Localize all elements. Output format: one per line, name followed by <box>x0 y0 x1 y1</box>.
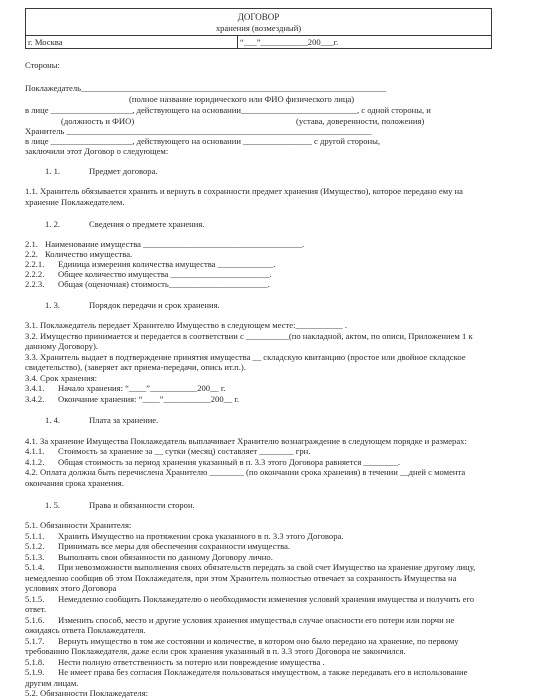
clause-text: Количество имущества. <box>45 249 132 259</box>
clause-number: 3.4.1. <box>25 384 58 393</box>
clause-text: 4.2. Оплата должна быть перечислена Хран… <box>25 468 465 477</box>
clause-text: Нести полную ответственность за потерю и… <box>58 657 325 667</box>
clause-item: 3.4.1.Начало хранения: “____”___________… <box>25 384 226 393</box>
clause-text: 3.1. Поклажедатель передает Хранителю Им… <box>25 321 347 330</box>
clause-item: 5.1.1.Хранить Имущество на протяжении ср… <box>25 532 344 541</box>
clause-number: 5.1.2. <box>25 542 58 551</box>
depositor-hint: (полное название юридического или ФИО фи… <box>129 95 354 104</box>
parties-label: Стороны: <box>25 61 60 70</box>
clause-text: немедленно сообщив об этом Поклажедателя… <box>25 574 456 583</box>
clause-item: 2.2.3.Общая (оценочная) стоимость_______… <box>25 280 270 289</box>
clause-text: Принимать все меры для обеспечения сохра… <box>58 541 290 551</box>
clause-text: окончания срока хранения. <box>25 479 124 488</box>
clause-item: 5.1.2.Принимать все меры для обеспечения… <box>25 542 290 551</box>
section-heading: 1. 4.Плата за хранение. <box>45 416 158 425</box>
clause-text: Общее количество имущества _____________… <box>58 269 272 279</box>
clause-item: 2.2.Количество имущества. <box>25 250 132 259</box>
depositor-line: Поклажедатель___________________________… <box>25 84 386 93</box>
clause-number: 2.1. <box>25 240 45 249</box>
clause-text: данному Договору). <box>25 342 98 351</box>
contract-header-table: ДОГОВОР хранения (возмездный) г. Москва … <box>25 8 492 49</box>
clause-text: Стоимость за хранение за __ сутки (месяц… <box>58 446 310 456</box>
clause-text: Выполнять свои обязанности по данному До… <box>58 552 273 562</box>
section-number: 1. 4. <box>45 416 89 425</box>
clause-text: Хранить Имущество на протяжении срока ук… <box>58 531 344 541</box>
clause-text: ответ. <box>25 605 46 614</box>
clause-text: 1.1. Хранитель обязывается хранить и вер… <box>25 187 463 196</box>
keeper-line: Хранитель ______________________________… <box>25 127 372 136</box>
clause-text: Наименование имущества _________________… <box>45 239 304 249</box>
clause-item: 5.1.6.Изменить способ, место и другие ус… <box>25 616 454 625</box>
basis-hint: (устава, доверенности, положения) <box>296 117 424 126</box>
clause-text: Начало хранения: “____”___________200__ … <box>58 383 226 393</box>
section-number: 1. 2. <box>45 220 89 229</box>
clause-text: Общая (оценочная) стоимость_____________… <box>58 279 270 289</box>
clause-text: ожидаясь ответа Поклажедателя. <box>25 626 145 635</box>
section-title: Права и обязанности сторон. <box>89 500 195 510</box>
clause-item: 2.2.1.Единица измерения количества имуще… <box>25 260 276 269</box>
clause-text: Немедленно сообщить Поклажедателю о необ… <box>58 594 474 604</box>
clause-number: 2.2. <box>25 250 45 259</box>
clause-item: 5.1.8.Нести полную ответственность за по… <box>25 658 325 667</box>
clause-item: 2.2.2.Общее количество имущества _______… <box>25 270 272 279</box>
clause-number: 5.1.4. <box>25 563 58 572</box>
clause-text: Общая стоимость за период хранения указа… <box>58 457 400 467</box>
clause-number: 5.1.3. <box>25 553 58 562</box>
clause-number: 5.1.6. <box>25 616 58 625</box>
clause-text: 5.2. Обязанности Поклажедателя: <box>25 689 148 698</box>
clause-number: 2.2.3. <box>25 280 58 289</box>
clause-text: 3.4. Срок хранения: <box>25 374 97 383</box>
clause-item: 5.1.3.Выполнять свои обязанности по данн… <box>25 553 273 562</box>
clause-text: Изменить способ, место и другие условия … <box>58 615 454 625</box>
clause-text: При невозможности выполнения своих обяза… <box>58 562 475 572</box>
clause-item: 4.1.2.Общая стоимость за период хранения… <box>25 458 400 467</box>
clause-item: 3.4.2.Окончание хранения: “____”________… <box>25 395 239 404</box>
keeper-representative-line: в лице ___________________, действующего… <box>25 137 380 146</box>
header-divider <box>237 35 238 48</box>
concluded-line: заключили этот Договор о следующем: <box>25 147 168 156</box>
clause-text: Окончание хранения: “____”___________200… <box>58 394 239 404</box>
clause-number: 4.1.1. <box>25 447 58 456</box>
clause-number: 5.1.7. <box>25 637 58 646</box>
section-title: Порядок передачи и срок хранения. <box>89 300 220 310</box>
clause-number: 2.2.2. <box>25 270 58 279</box>
clause-text: Единица измерения количества имущества _… <box>58 259 276 269</box>
clause-text: 5.1. Обязанности Хранителя: <box>25 521 131 530</box>
city-field: г. Москва <box>28 38 63 47</box>
clause-text: Не имеет права без согласия Поклажедател… <box>58 667 467 677</box>
section-number: 1. 1. <box>45 167 89 176</box>
clause-number: 5.1.9. <box>25 668 58 677</box>
clause-number: 5.1.8. <box>25 658 58 667</box>
header-title-cell: ДОГОВОР хранения (возмездный) <box>26 9 491 36</box>
section-heading: 1. 5.Права и обязанности сторон. <box>45 501 195 510</box>
clause-text: условиях этого Договора <box>25 584 116 593</box>
section-number: 1. 5. <box>45 501 89 510</box>
section-heading: 1. 2.Сведения о предмете хранения. <box>45 220 204 229</box>
clause-text: требованию Поклажедателя, даже если срок… <box>25 647 406 656</box>
position-hint: (должность и ФИО) <box>61 117 134 126</box>
document-title: ДОГОВОР <box>26 13 491 22</box>
clause-number: 5.1.1. <box>25 532 58 541</box>
clause-text: хранение Поклажедателем. <box>25 198 125 207</box>
document-subtitle: хранения (возмездный) <box>26 24 491 33</box>
clause-text: свидетельство), (заверяет акт приема-пер… <box>25 363 246 372</box>
section-title: Предмет договора. <box>89 166 158 176</box>
clause-item: 5.1.5.Немедленно сообщить Поклажедателю … <box>25 595 474 604</box>
clause-item: 5.1.9.Не имеет права без согласия Поклаж… <box>25 668 467 677</box>
clause-text: 4.1. За хранение Имущества Поклажедатель… <box>25 437 467 446</box>
clause-item: 5.1.7.Вернуть имущество в том же состоян… <box>25 637 459 646</box>
clause-text: Вернуть имущество в том же состоянии и к… <box>58 636 459 646</box>
section-heading: 1. 1.Предмет договора. <box>45 167 158 176</box>
clause-item: 4.1.1.Стоимость за хранение за __ сутки … <box>25 447 310 456</box>
clause-number: 2.2.1. <box>25 260 58 269</box>
section-title: Плата за хранение. <box>89 415 158 425</box>
clause-text: 3.2. Имущество принимается и передается … <box>25 332 473 341</box>
section-title: Сведения о предмете хранения. <box>89 219 204 229</box>
depositor-representative-line: в лице ___________________, действующего… <box>25 106 431 115</box>
clause-item: 5.1.4.При невозможности выполнения своих… <box>25 563 475 572</box>
date-field: “___”___________200___г. <box>240 38 338 47</box>
clause-number: 4.1.2. <box>25 458 58 467</box>
clause-number: 5.1.5. <box>25 595 58 604</box>
clause-text: 3.3. Хранитель выдает в подтверждение пр… <box>25 353 466 362</box>
clause-item: 2.1.Наименование имущества _____________… <box>25 240 304 249</box>
clause-text: другим лицам. <box>25 679 78 688</box>
section-number: 1. 3. <box>45 301 89 310</box>
section-heading: 1. 3.Порядок передачи и срок хранения. <box>45 301 220 310</box>
clause-number: 3.4.2. <box>25 395 58 404</box>
